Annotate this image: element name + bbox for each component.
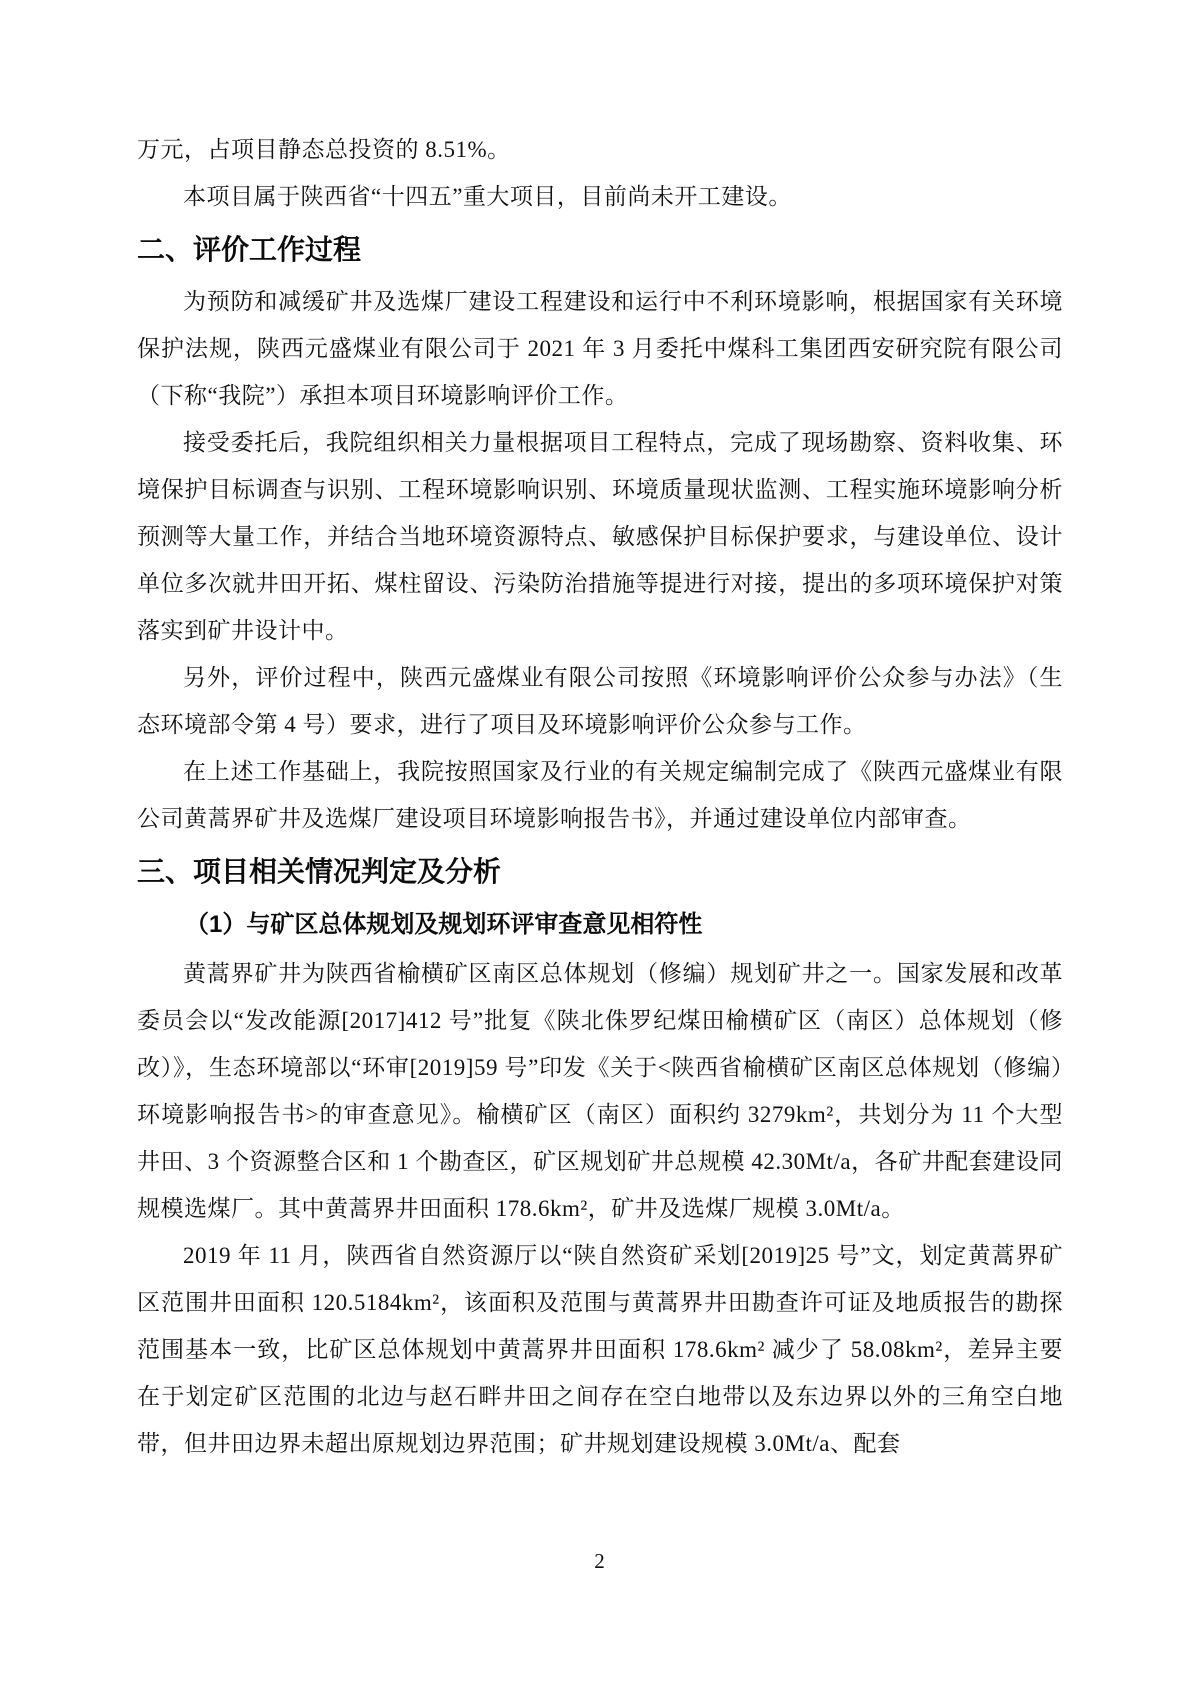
paragraph-project-status: 本项目属于陕西省“十四五”重大项目，目前尚未开工建设。	[137, 173, 1063, 220]
paragraph-commission: 为预防和减缓矿井及选煤厂建设工程建设和运行中不利环境影响，根据国家有关环境保护法…	[137, 278, 1063, 419]
paragraph-mining-area-plan: 黄蒿界矿井为陕西省榆横矿区南区总体规划（修编）规划矿井之一。国家发展和改革委员会…	[137, 950, 1063, 1232]
page-number: 2	[0, 1546, 1199, 1576]
document-page: 万元，占项目静态总投资的 8.51%。 本项目属于陕西省“十四五”重大项目，目前…	[0, 0, 1199, 1696]
paragraph-continuation: 万元，占项目静态总投资的 8.51%。	[137, 126, 1063, 173]
text-column: 万元，占项目静态总投资的 8.51%。 本项目属于陕西省“十四五”重大项目，目前…	[137, 126, 1063, 1467]
section-heading-project-analysis: 三、项目相关情况判定及分析	[137, 842, 1063, 900]
section-heading-evaluation-process: 二、评价工作过程	[137, 220, 1063, 278]
paragraph-report-completion: 在上述工作基础上，我院按照国家及行业的有关规定编制完成了《陕西元盛煤业有限公司黄…	[137, 748, 1063, 842]
paragraph-work-done: 接受委托后，我院组织相关力量根据项目工程特点，完成了现场勘察、资料收集、环境保护…	[137, 419, 1063, 654]
subsection-heading-plan-conformity: （1）与矿区总体规划及规划环评审查意见相符性	[137, 900, 1063, 950]
paragraph-public-participation: 另外，评价过程中，陕西元盛煤业有限公司按照《环境影响评价公众参与办法》（生态环境…	[137, 654, 1063, 748]
paragraph-area-delineation: 2019 年 11 月，陕西省自然资源厅以“陕自然资矿采划[2019]25 号”…	[137, 1232, 1063, 1467]
